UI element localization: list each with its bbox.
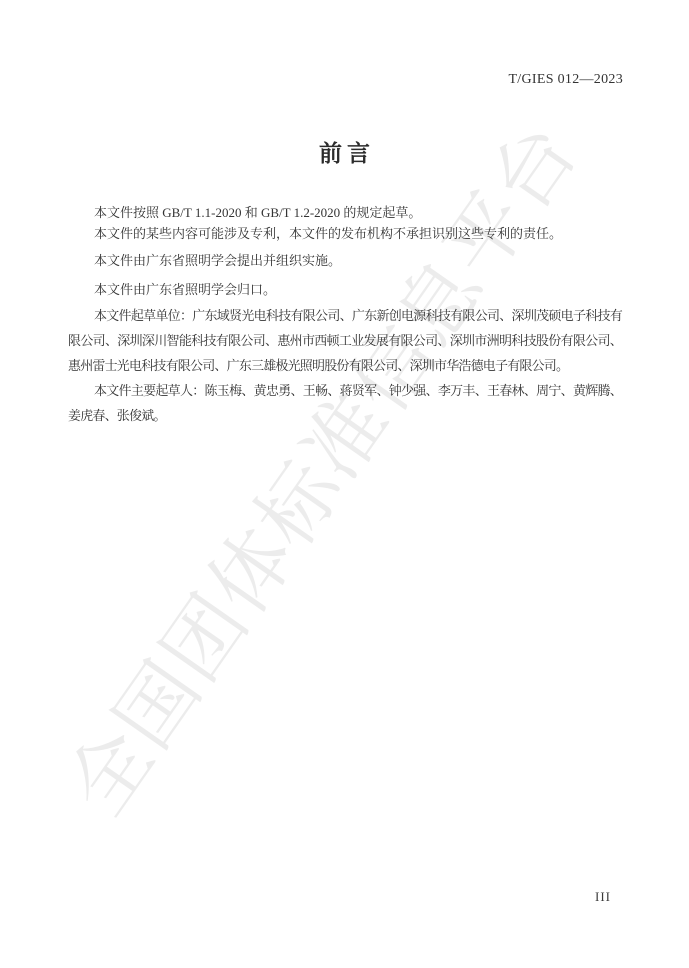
paragraph-main-drafters: 本文件主要起草人：陈玉梅、黄忠勇、王畅、蒋贤军、钟少强、李万丰、王春林、周宁、黄… bbox=[68, 378, 622, 428]
paragraph-drafting-organizations: 本文件起草单位：广东域贤光电科技有限公司、广东新创电源科技有限公司、深圳茂硕电子… bbox=[68, 303, 622, 378]
page-title-foreword: 前言 bbox=[0, 135, 689, 168]
paragraph-centralized-by: 本文件由广东省照明学会归口。 bbox=[68, 277, 622, 302]
standard-number: T/GIES 012—2023 bbox=[508, 72, 623, 88]
page-number: III bbox=[595, 889, 611, 905]
paragraph-patent-disclaimer: 本文件的某些内容可能涉及专利，本文件的发布机构不承担识别这些专利的责任。 bbox=[68, 221, 622, 246]
foreword-body: 本文件按照 GB/T 1.1-2020 和 GB/T 1.2-2020 的规定起… bbox=[68, 200, 622, 428]
paragraph-proposed-by: 本文件由广东省照明学会提出并组织实施。 bbox=[68, 248, 622, 273]
document-page: 全国团体标准信息平台 T/GIES 012—2023 前言 本文件按照 GB/T… bbox=[0, 0, 689, 968]
